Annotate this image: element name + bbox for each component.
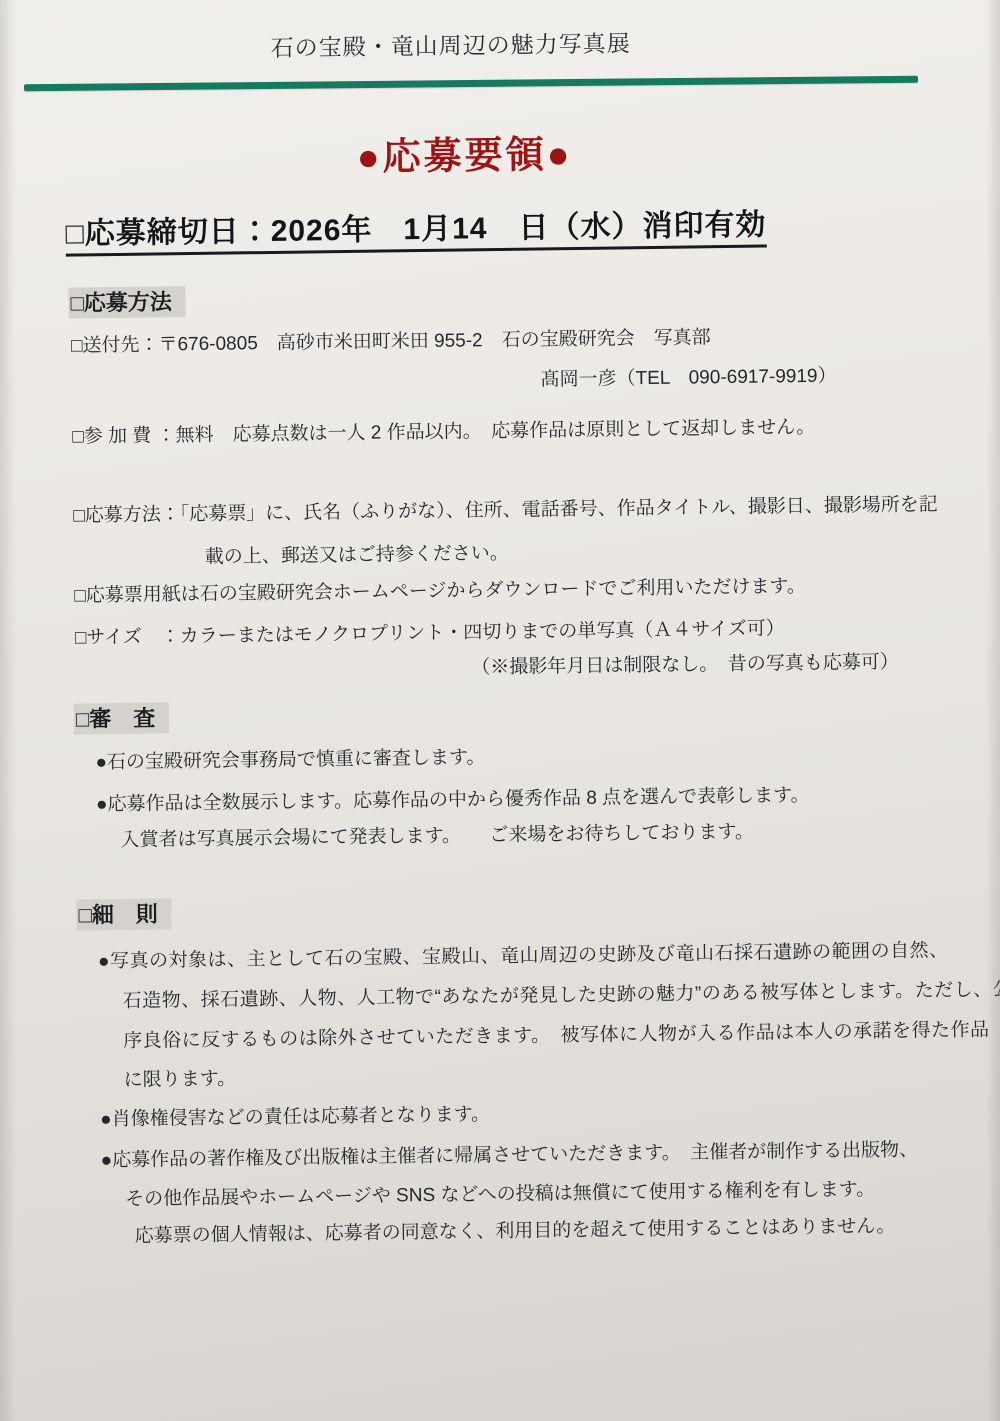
rules-item-2: ●肖像権侵害などの責任は応募者となります。 (100, 1099, 490, 1131)
entry-method-line-2: 載の上、郵送又はご持参ください。 (205, 538, 509, 569)
review-item-2: ●応募作品は全数展示します。応募作品の中から優秀作品 8 点を選んで表彰します。 (96, 780, 810, 816)
review-heading-text: □審 査 (74, 702, 170, 734)
rules-item-1-line-1: ●写真の対象は、主として石の宝殿、宝殿山、竜山周辺の史跡及び竜山石採石遺跡の範囲… (98, 935, 949, 973)
page-title: ●応募要領● (0, 118, 935, 185)
review-item-2-continuation: 入賞者は写真展示会場にて発表します。 ご来場をお待ちしております。 (120, 817, 754, 852)
rules-heading-text: □細 則 (76, 898, 172, 930)
photographed-document: 石の宝殿・竜山周辺の魅力写真展 ●応募要領● □応募締切日：2026年 1月14… (0, 0, 1000, 1421)
rules-item-3-line-2: その他作品展やホームページや SNS などへの投稿は無償にて使用する権利を有しま… (125, 1174, 875, 1211)
rules-item-1-line-3: 序良俗に反するものは除外させていただきます。 被写体に人物が入る作品は本人の承諾… (123, 1015, 990, 1053)
size-line: □サイズ ：カラーまたはモノクロプリント・四切りまでの単写真（Ａ４サイズ可） (75, 613, 785, 649)
method-heading-text: □応募方法 (68, 286, 186, 319)
paper-sheet: 石の宝殿・竜山周辺の魅力写真展 ●応募要領● □応募締切日：2026年 1月14… (0, 0, 1000, 1421)
exhibition-header-title: 石の宝殿・竜山周辺の魅力写真展 (0, 22, 908, 67)
rules-item-3-line-3: 応募票の個人情報は、応募者の同意なく、利用目的を超えて使用することはありません。 (135, 1211, 896, 1248)
section-heading-rules: □細 則 (76, 897, 172, 929)
size-note-line: （※撮影年月日は制限なし。 昔の写真も応募可） (471, 647, 899, 680)
rules-item-3-line-1: ●応募作品の著作権及び出版権は主催者に帰属させていただきます。 主催者が制作する… (101, 1135, 919, 1173)
entry-method-line-1: □応募方法：「応募票」に、氏名（ふりがな）、住所、電話番号、作品タイトル、撮影日… (73, 489, 938, 527)
rules-item-1-line-4: に限ります。 (123, 1063, 236, 1091)
recipient-line-1: □送付先：〒676-0805 高砂市米田町米田 955-2 石の宝殿研究会 写真… (71, 322, 711, 357)
deadline-text: □応募締切日：2026年 1月14 日（水）消印有効 (65, 208, 766, 256)
recipient-line-2: 髙岡一彦（TEL 090-6917-9919） (540, 361, 836, 392)
fee-line: □参 加 費 ：無料 応募点数は一人 2 作品以内。 応募作品は原則として返却し… (72, 412, 815, 449)
rules-item-1-line-2: 石造物、採石遺跡、人物、人工物で“あなたが発見した史跡の魅力”のある被写体としま… (122, 974, 1000, 1013)
review-item-1: ●石の宝殿研究会事務局で慎重に審査します。 (95, 742, 485, 774)
section-heading-method: □応募方法 (68, 285, 186, 318)
entry-form-line: □応募票用紙は石の宝殿研究会ホームページからダウンロードでご利用いただけます。 (74, 571, 806, 608)
section-heading-review: □審 査 (74, 701, 170, 733)
document-content: 石の宝殿・竜山周辺の魅力写真展 ●応募要領● □応募締切日：2026年 1月14… (0, 0, 1000, 1421)
deadline-line-wrap: □応募締切日：2026年 1月14 日（水）消印有効 (65, 199, 766, 252)
